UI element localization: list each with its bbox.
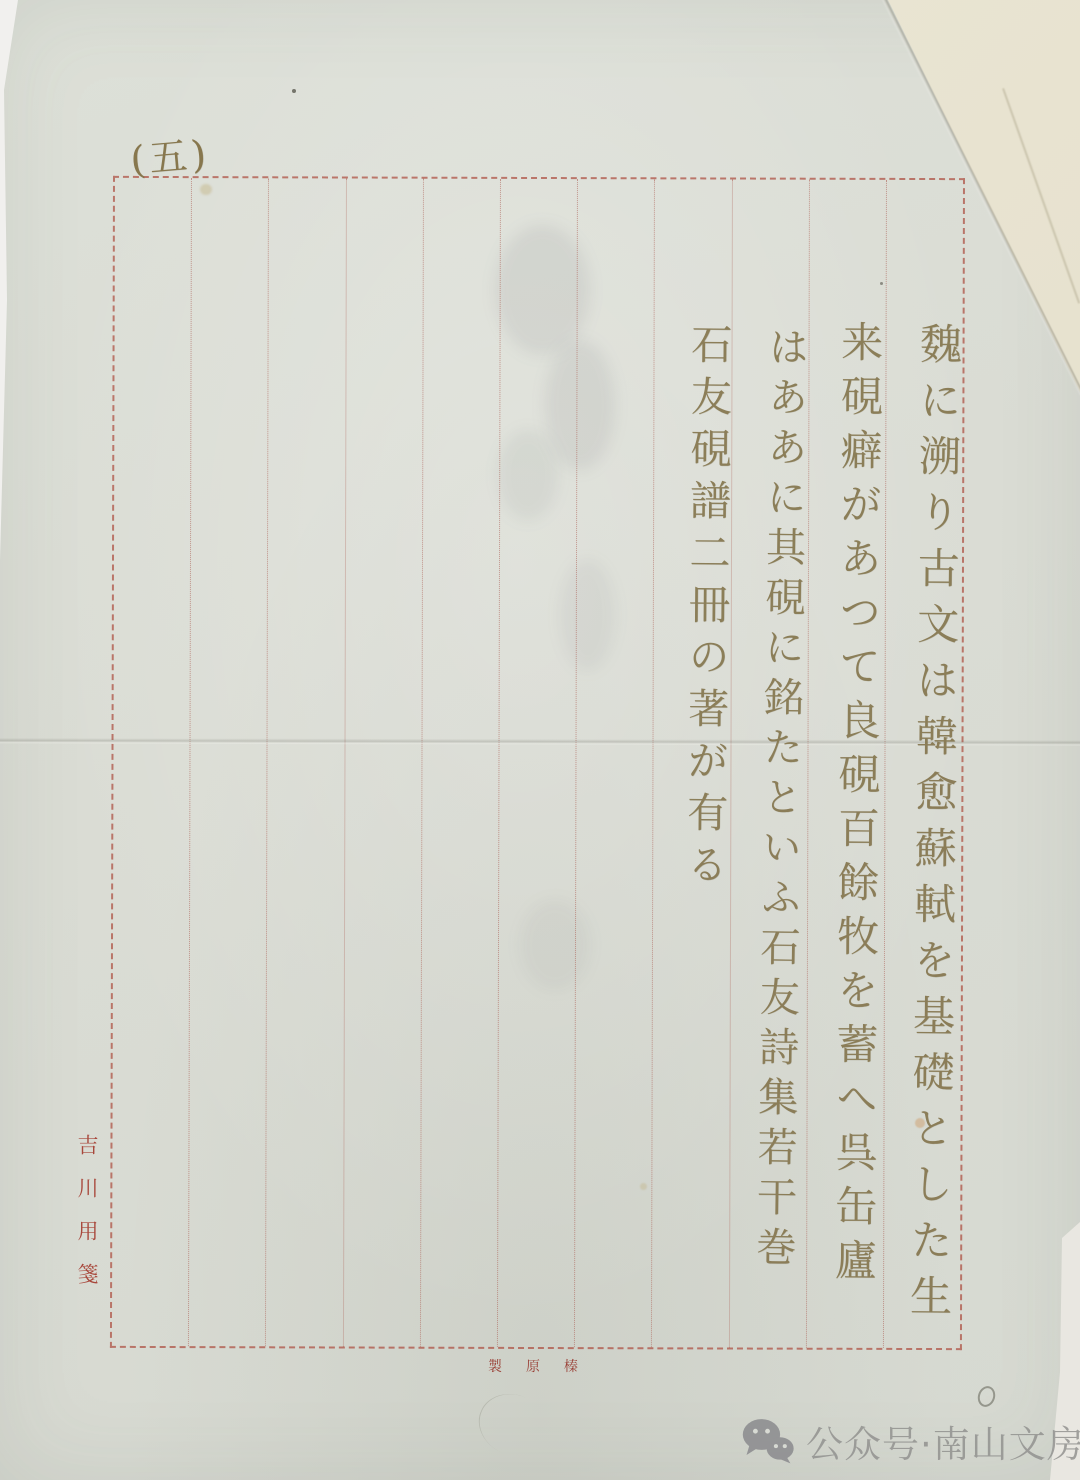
page-number-label: (五) [128, 123, 212, 185]
manuscript-column: 来硯癖があつて良硯百餘牧を蓄へ呉缶廬 [823, 320, 890, 1292]
photo-of-manuscript: (五) 魏に溯り古文は韓愈蘇軾を基礎とした生 来硯癖があつて良硯百餘牧を蓄へ呉缶… [0, 0, 1080, 1480]
grid-column [421, 179, 501, 1347]
grid-column [575, 179, 655, 1347]
grid-column [189, 178, 269, 1346]
grid-column [266, 178, 346, 1346]
watermark-text: 公众号·南山文房 [806, 1414, 1080, 1468]
watermark: 公众号·南山文房 [740, 1414, 1080, 1468]
manuscript-column: 石友硯譜二冊の著が有る [675, 323, 739, 895]
paper-stain [640, 1183, 647, 1190]
grid-column [498, 179, 578, 1347]
grid-column [344, 178, 424, 1346]
manuscript-column: 魏に溯り古文は韓愈蘇軾を基礎とした生 [898, 322, 969, 1331]
paper-speck [292, 89, 296, 93]
stationery-maker-mark: 製原榛 [488, 1356, 602, 1376]
grid-column [112, 178, 192, 1346]
paper-speck [880, 282, 883, 285]
paper-stain [915, 1118, 925, 1128]
stationery-name-mark: 吉川用箋 [72, 1134, 102, 1306]
paper-stain [200, 184, 212, 195]
wechat-icon [740, 1416, 796, 1466]
